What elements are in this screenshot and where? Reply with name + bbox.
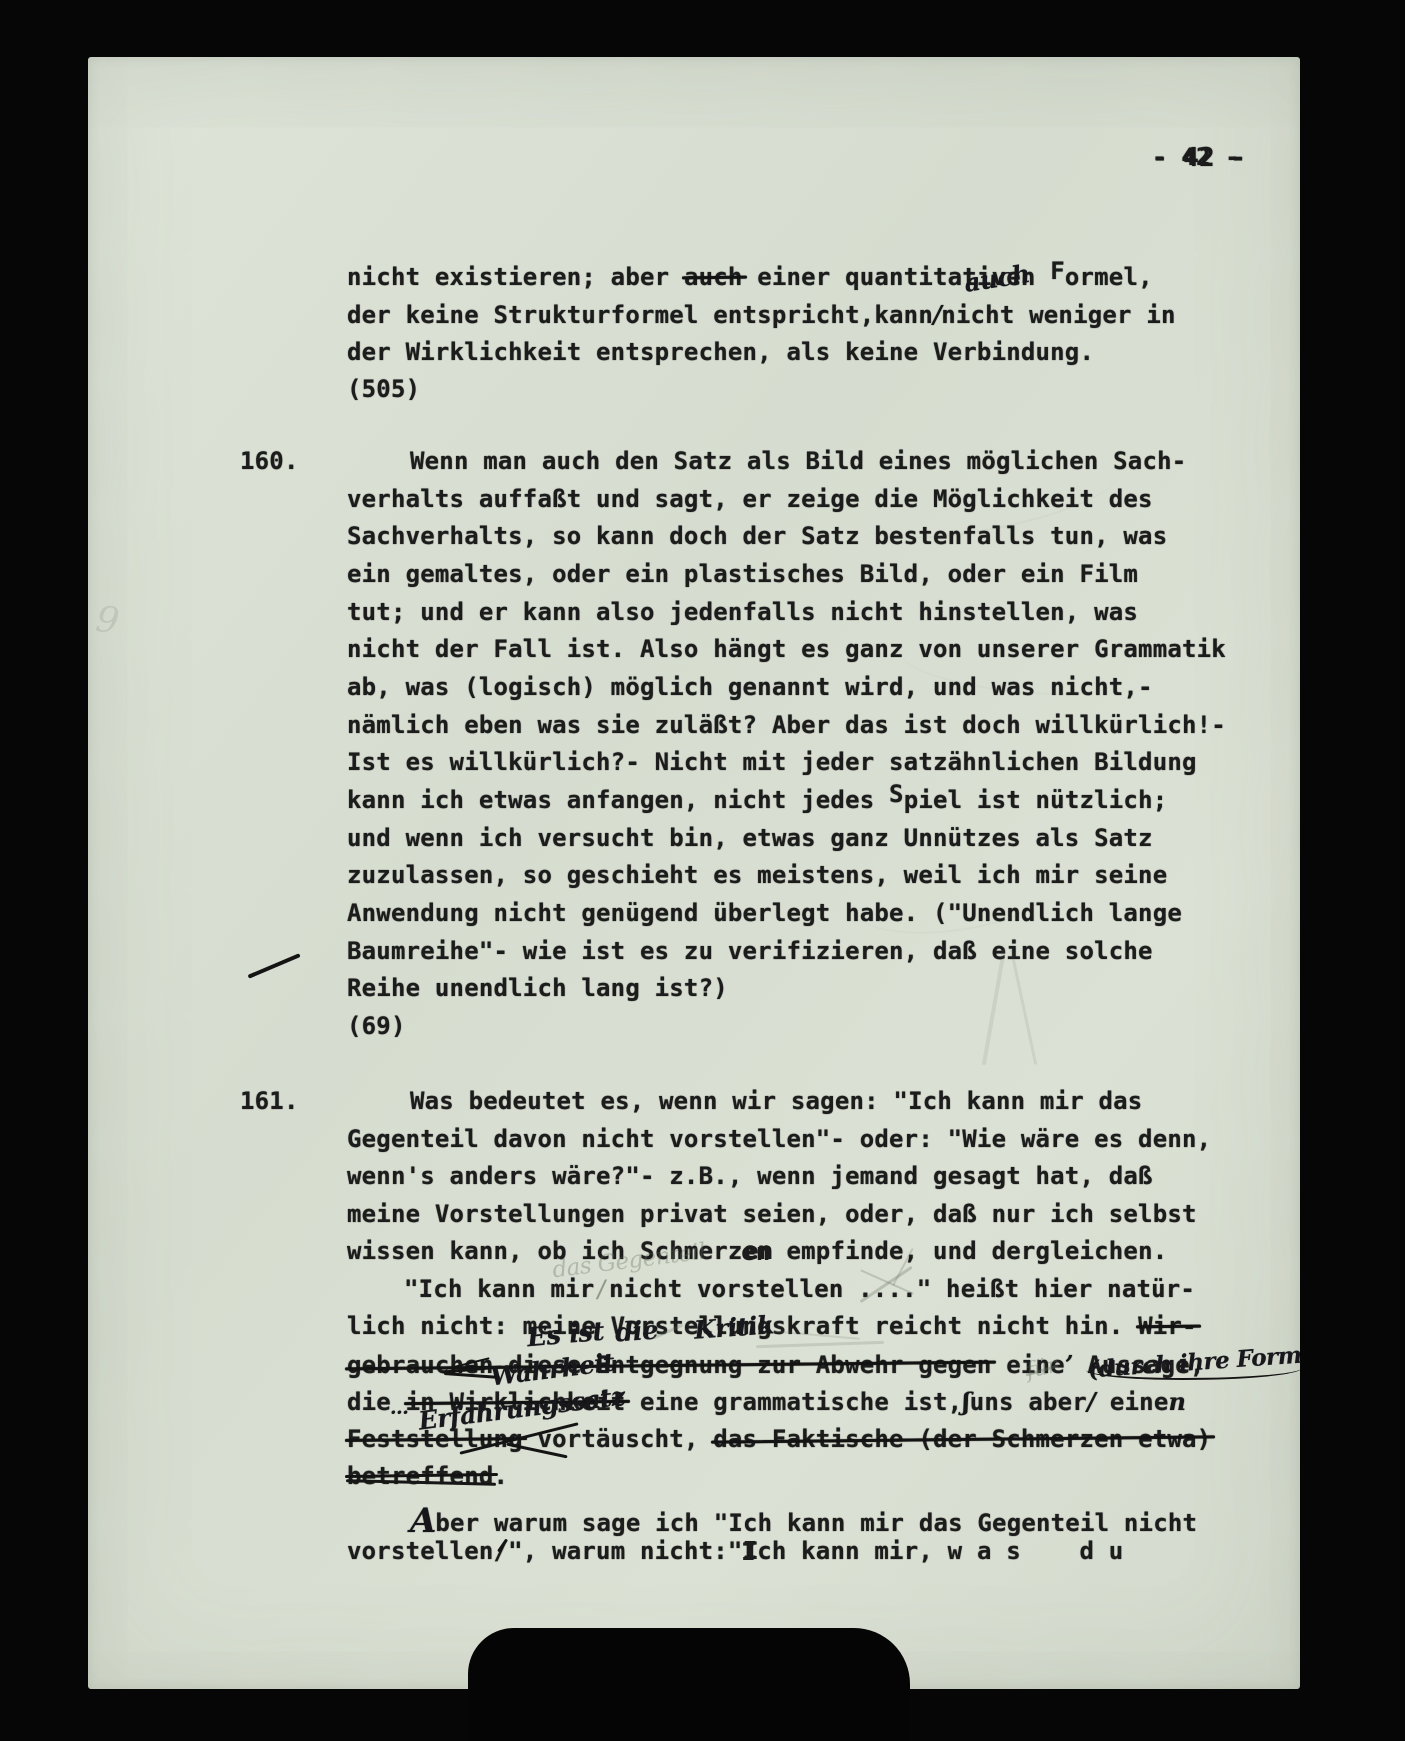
typescript-line: und wenn ich versucht bin, etwas ganz Un… (347, 824, 1153, 852)
typed-text: vorstellen (347, 1537, 494, 1565)
typed-text: meine Vorstellungen privat seien, oder, … (347, 1200, 1197, 1228)
page-number: - 42 - (1152, 143, 1240, 171)
handwritten-correction: n (1168, 1387, 1185, 1416)
typed-text: kann ich etwas anfangen, nicht jedes (347, 786, 889, 814)
typed-text: ", warum nicht:" (508, 1537, 742, 1565)
inserted-word-die: die (614, 1316, 659, 1349)
typed-text: ber warum sage ich "Ich kann mir das Geg… (435, 1509, 1197, 1537)
slashed-character: / (494, 1537, 509, 1565)
typescript-line: Anwendung nicht genügend überlegt habe. … (347, 899, 1182, 927)
typescript-line: der keine Strukturformel entspricht,kann… (347, 300, 1176, 329)
overtyped-text: I (743, 1537, 758, 1565)
typed-text: Reihe unendlich lang ist?) (347, 974, 728, 1002)
typescript-line: nämlich eben was sie zuläßt? Aber das is… (347, 711, 1226, 739)
typed-text: piel ist nützlich; (904, 786, 1168, 814)
double-struck-text: betreffend (347, 1462, 494, 1490)
section-number: 160. (240, 447, 299, 475)
typed-text: uns aber (970, 1388, 1087, 1416)
typed-text: Baumreihe"- wie ist es zu verifizieren, … (347, 937, 1153, 965)
raised-character: S (889, 780, 904, 808)
source-reference: (69) (347, 1012, 406, 1040)
typed-text (699, 1425, 714, 1453)
pencil-mark: / (594, 1275, 609, 1303)
typescript-line: wenn's anders wäre?"- z.B., wenn jemand … (347, 1162, 1153, 1190)
typed-text: (69) (347, 1012, 406, 1040)
inserted-words-es-ist: Es ist (526, 1317, 605, 1354)
typescript-line: tut; und er kann also jedenfalls nicht h… (347, 598, 1138, 626)
typescript-line: Aber warum sage ich "Ich kann mir das Ge… (410, 1500, 1197, 1540)
typed-text: 160. (240, 447, 299, 475)
struck-text: Wir- (1138, 1312, 1197, 1340)
typed-text: nicht existieren; aber (347, 263, 684, 291)
typed-text: Was bedeutet es, wenn wir sagen: "Ich ka… (410, 1087, 1142, 1115)
typed-text: ch kann mir, w a s d u (757, 1537, 1123, 1565)
underline-swash (1086, 1358, 1302, 1380)
typescript-line: "Ich kann mir/nicht vorstellen ...." hei… (404, 1275, 1195, 1303)
source-reference: (505) (347, 375, 420, 403)
typescript-line: betreffend. (347, 1462, 508, 1490)
typed-text: Anwendung nicht genügend überlegt habe. … (347, 899, 1182, 927)
typed-text: der Wirklichkeit entsprechen, als keine … (347, 338, 1094, 366)
typescript-line: kann ich etwas anfangen, nicht jedes Spi… (347, 786, 1167, 814)
typed-text: ein gemaltes, oder ein plastisches Bild,… (347, 560, 1138, 588)
typescript-line: Reihe unendlich lang ist?) (347, 974, 728, 1002)
insertion-dots: ··· (390, 1402, 408, 1424)
typescript-line: Was bedeutet es, wenn wir sagen: "Ich ka… (410, 1087, 1142, 1115)
handwritten-capital: A (410, 1501, 435, 1541)
typescript-line: Ist es willkürlich?- Nicht mit jeder sat… (347, 748, 1197, 776)
typed-text: wenn's anders wäre?"- z.B., wenn jemand … (347, 1162, 1153, 1190)
struck-text: auch (684, 263, 743, 291)
handwritten-correction: / (1087, 1387, 1095, 1416)
struck-pencil-fuer: für (1024, 1353, 1060, 1384)
check-dash-above-161 (248, 953, 301, 978)
typed-text: Gegenteil davon nicht vorstellen"- oder:… (347, 1125, 1211, 1153)
typed-text: der keine Strukturformel entspricht,kann (347, 301, 933, 329)
typed-text: empfinde, und dergleichen. (772, 1237, 1168, 1265)
typed-text: (505) (347, 375, 420, 403)
typed-text: tut; und er kann also jedenfalls nicht h… (347, 598, 1138, 626)
overtyped-text: en (743, 1237, 772, 1265)
typed-text: . (494, 1462, 509, 1490)
typed-text: nämlich eben was sie zuläßt? Aber das is… (347, 711, 1226, 739)
typed-text: eine (1095, 1388, 1168, 1416)
typed-text: nicht weniger in (941, 301, 1175, 329)
typescript-line: vorstellen/", warum nicht:"Ich kann mir,… (347, 1537, 1123, 1565)
typed-text: 161. (240, 1087, 299, 1115)
handwritten-correction: / (933, 300, 941, 329)
typed-text: ormel, (1065, 263, 1153, 291)
struck-text: das Faktische (der Schmerzen etwa) (713, 1425, 1211, 1453)
manuscript-scan: - 42 - - 42 -nicht existieren; aber auch… (0, 0, 1405, 1741)
typescript-line: ein gemaltes, oder ein plastisches Bild,… (347, 560, 1138, 588)
typed-text: eine grammatische ist, (625, 1388, 962, 1416)
typescript-line: wissen kann, ob ich Schmerzen empfinde, … (347, 1237, 1167, 1265)
typed-text: - 42 - (1152, 143, 1240, 171)
struck-text: gebrauchen diese Entgegnung zur Abwehr g… (347, 1351, 992, 1379)
typescript-line: der Wirklichkeit entsprechen, als keine … (347, 338, 1094, 366)
typescript-line: meine Vorstellungen privat seien, oder, … (347, 1200, 1197, 1228)
inserted-word-kritik: Kritik (693, 1310, 775, 1344)
handwritten-correction: ʼ (1065, 1350, 1073, 1379)
raised-character: F (1050, 257, 1065, 285)
typed-text: Sachverhalts, so kann doch der Satz best… (347, 522, 1167, 550)
faint-margin-mark: 9 (93, 599, 121, 643)
pencil-scrawl (756, 1341, 884, 1348)
handwritten-correction: ʃ (962, 1387, 969, 1416)
typed-text: und wenn ich versucht bin, etwas ganz Un… (347, 824, 1153, 852)
section-number: 161. (240, 1087, 299, 1115)
typescript-line: Sachverhalts, so kann doch der Satz best… (347, 522, 1167, 550)
typescript-line: Baumreihe"- wie ist es zu verifizieren, … (347, 937, 1153, 965)
typescript-text-layer: - 42 - - 42 -nicht existieren; aber auch… (0, 0, 1405, 1741)
faint-pencil-v (1010, 949, 1037, 1065)
faint-pencil-v (982, 949, 1006, 1066)
typescript-line: Gegenteil davon nicht vorstellen"- oder:… (347, 1125, 1211, 1153)
typed-text: Ist es willkürlich?- Nicht mit jeder sat… (347, 748, 1197, 776)
